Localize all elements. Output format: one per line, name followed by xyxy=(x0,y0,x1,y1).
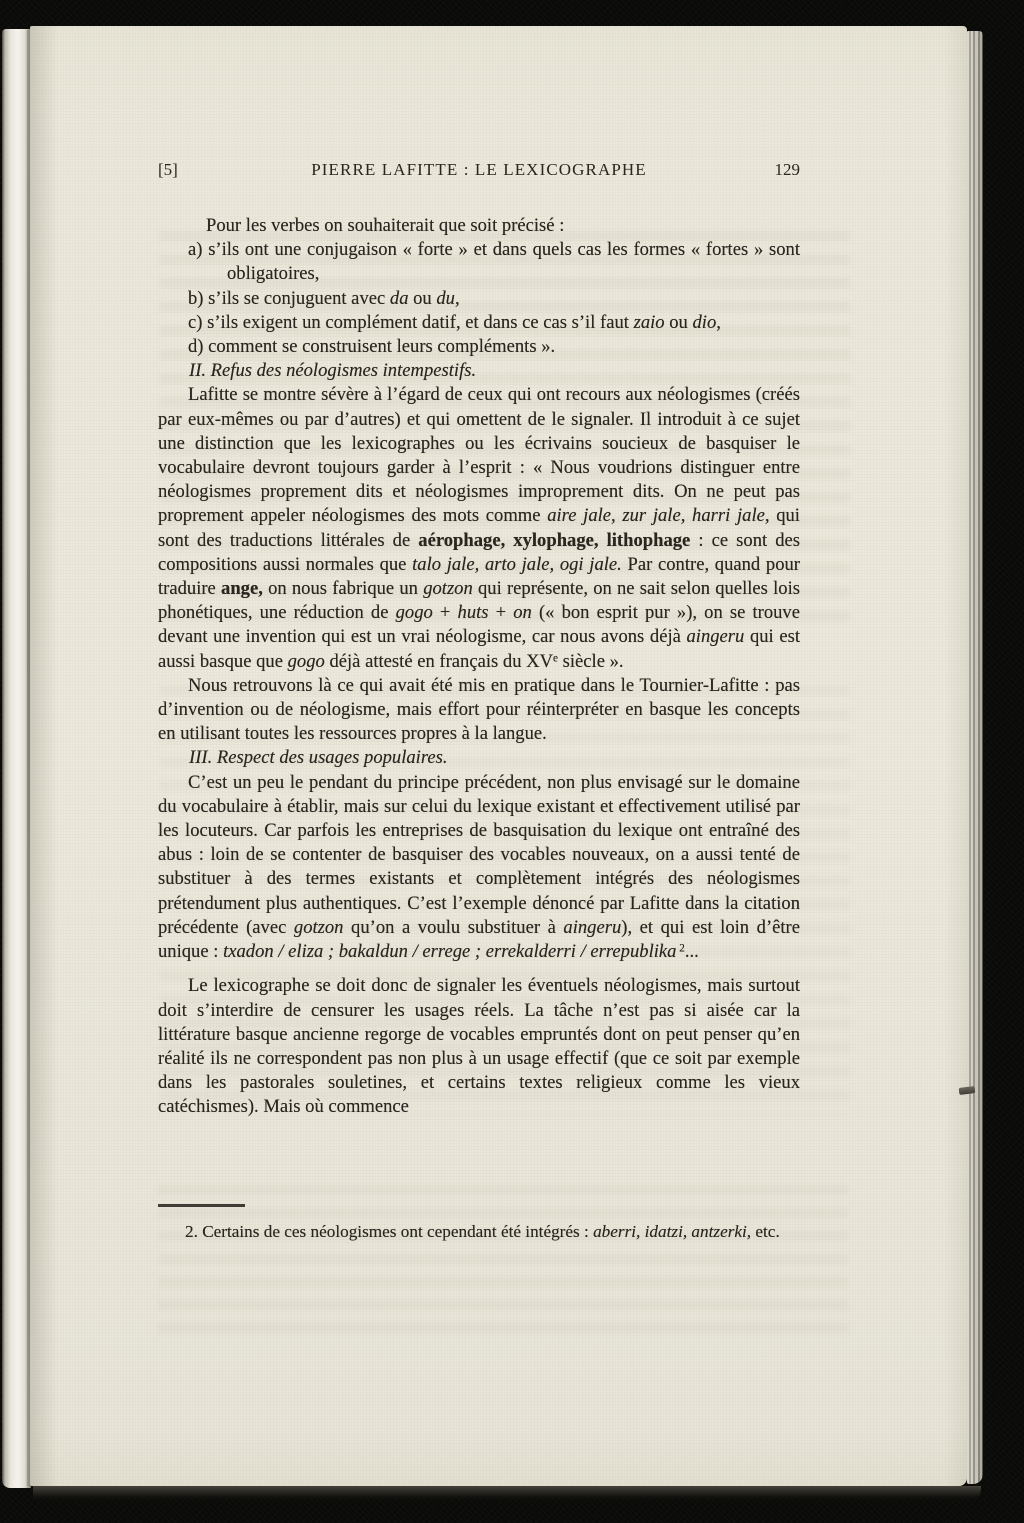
header-title: PIERRE LAFITTE : LE LEXICOGRAPHE xyxy=(253,160,705,180)
paragraph: Lafitte se montre sévère à l’égard de ce… xyxy=(158,383,800,673)
list-item: d) comment se construisent leurs complém… xyxy=(158,335,800,359)
section-heading: II. Refus des néologismes intempestifs. xyxy=(158,359,800,383)
page-stack-edge xyxy=(967,31,983,1484)
list-item: b) s’ils se conjuguent avec da ou du, xyxy=(158,287,800,311)
section-heading: III. Respect des usages populaires. xyxy=(158,746,800,770)
header-page-number: 129 xyxy=(705,160,800,180)
footnote-block: 2. Certains de ces néologismes ont cepen… xyxy=(158,1204,800,1244)
paragraph: C’est un peu le pendant du principe préc… xyxy=(158,771,800,965)
running-header: [5] PIERRE LAFITTE : LE LEXICOGRAPHE 129 xyxy=(158,160,800,180)
list-item: a) s’ils ont une conjugaison « forte » e… xyxy=(158,238,800,286)
book-bottom-edge xyxy=(33,1486,981,1501)
paragraph: Le lexicographe se doit donc de signaler… xyxy=(158,974,800,1119)
paragraph: Nous retrouvons là ce qui avait été mis … xyxy=(158,674,800,747)
header-bracket-number: [5] xyxy=(158,160,253,180)
text-column: Pour les verbes on souhaiterait que soit… xyxy=(158,214,800,1120)
footnote-rule xyxy=(158,1204,245,1207)
paragraph: Pour les verbes on souhaiterait que soit… xyxy=(158,214,800,238)
footnote-text: 2. Certains de ces néologismes ont cepen… xyxy=(158,1220,800,1245)
list-item: c) s’ils exigent un complément datif, et… xyxy=(158,311,800,335)
